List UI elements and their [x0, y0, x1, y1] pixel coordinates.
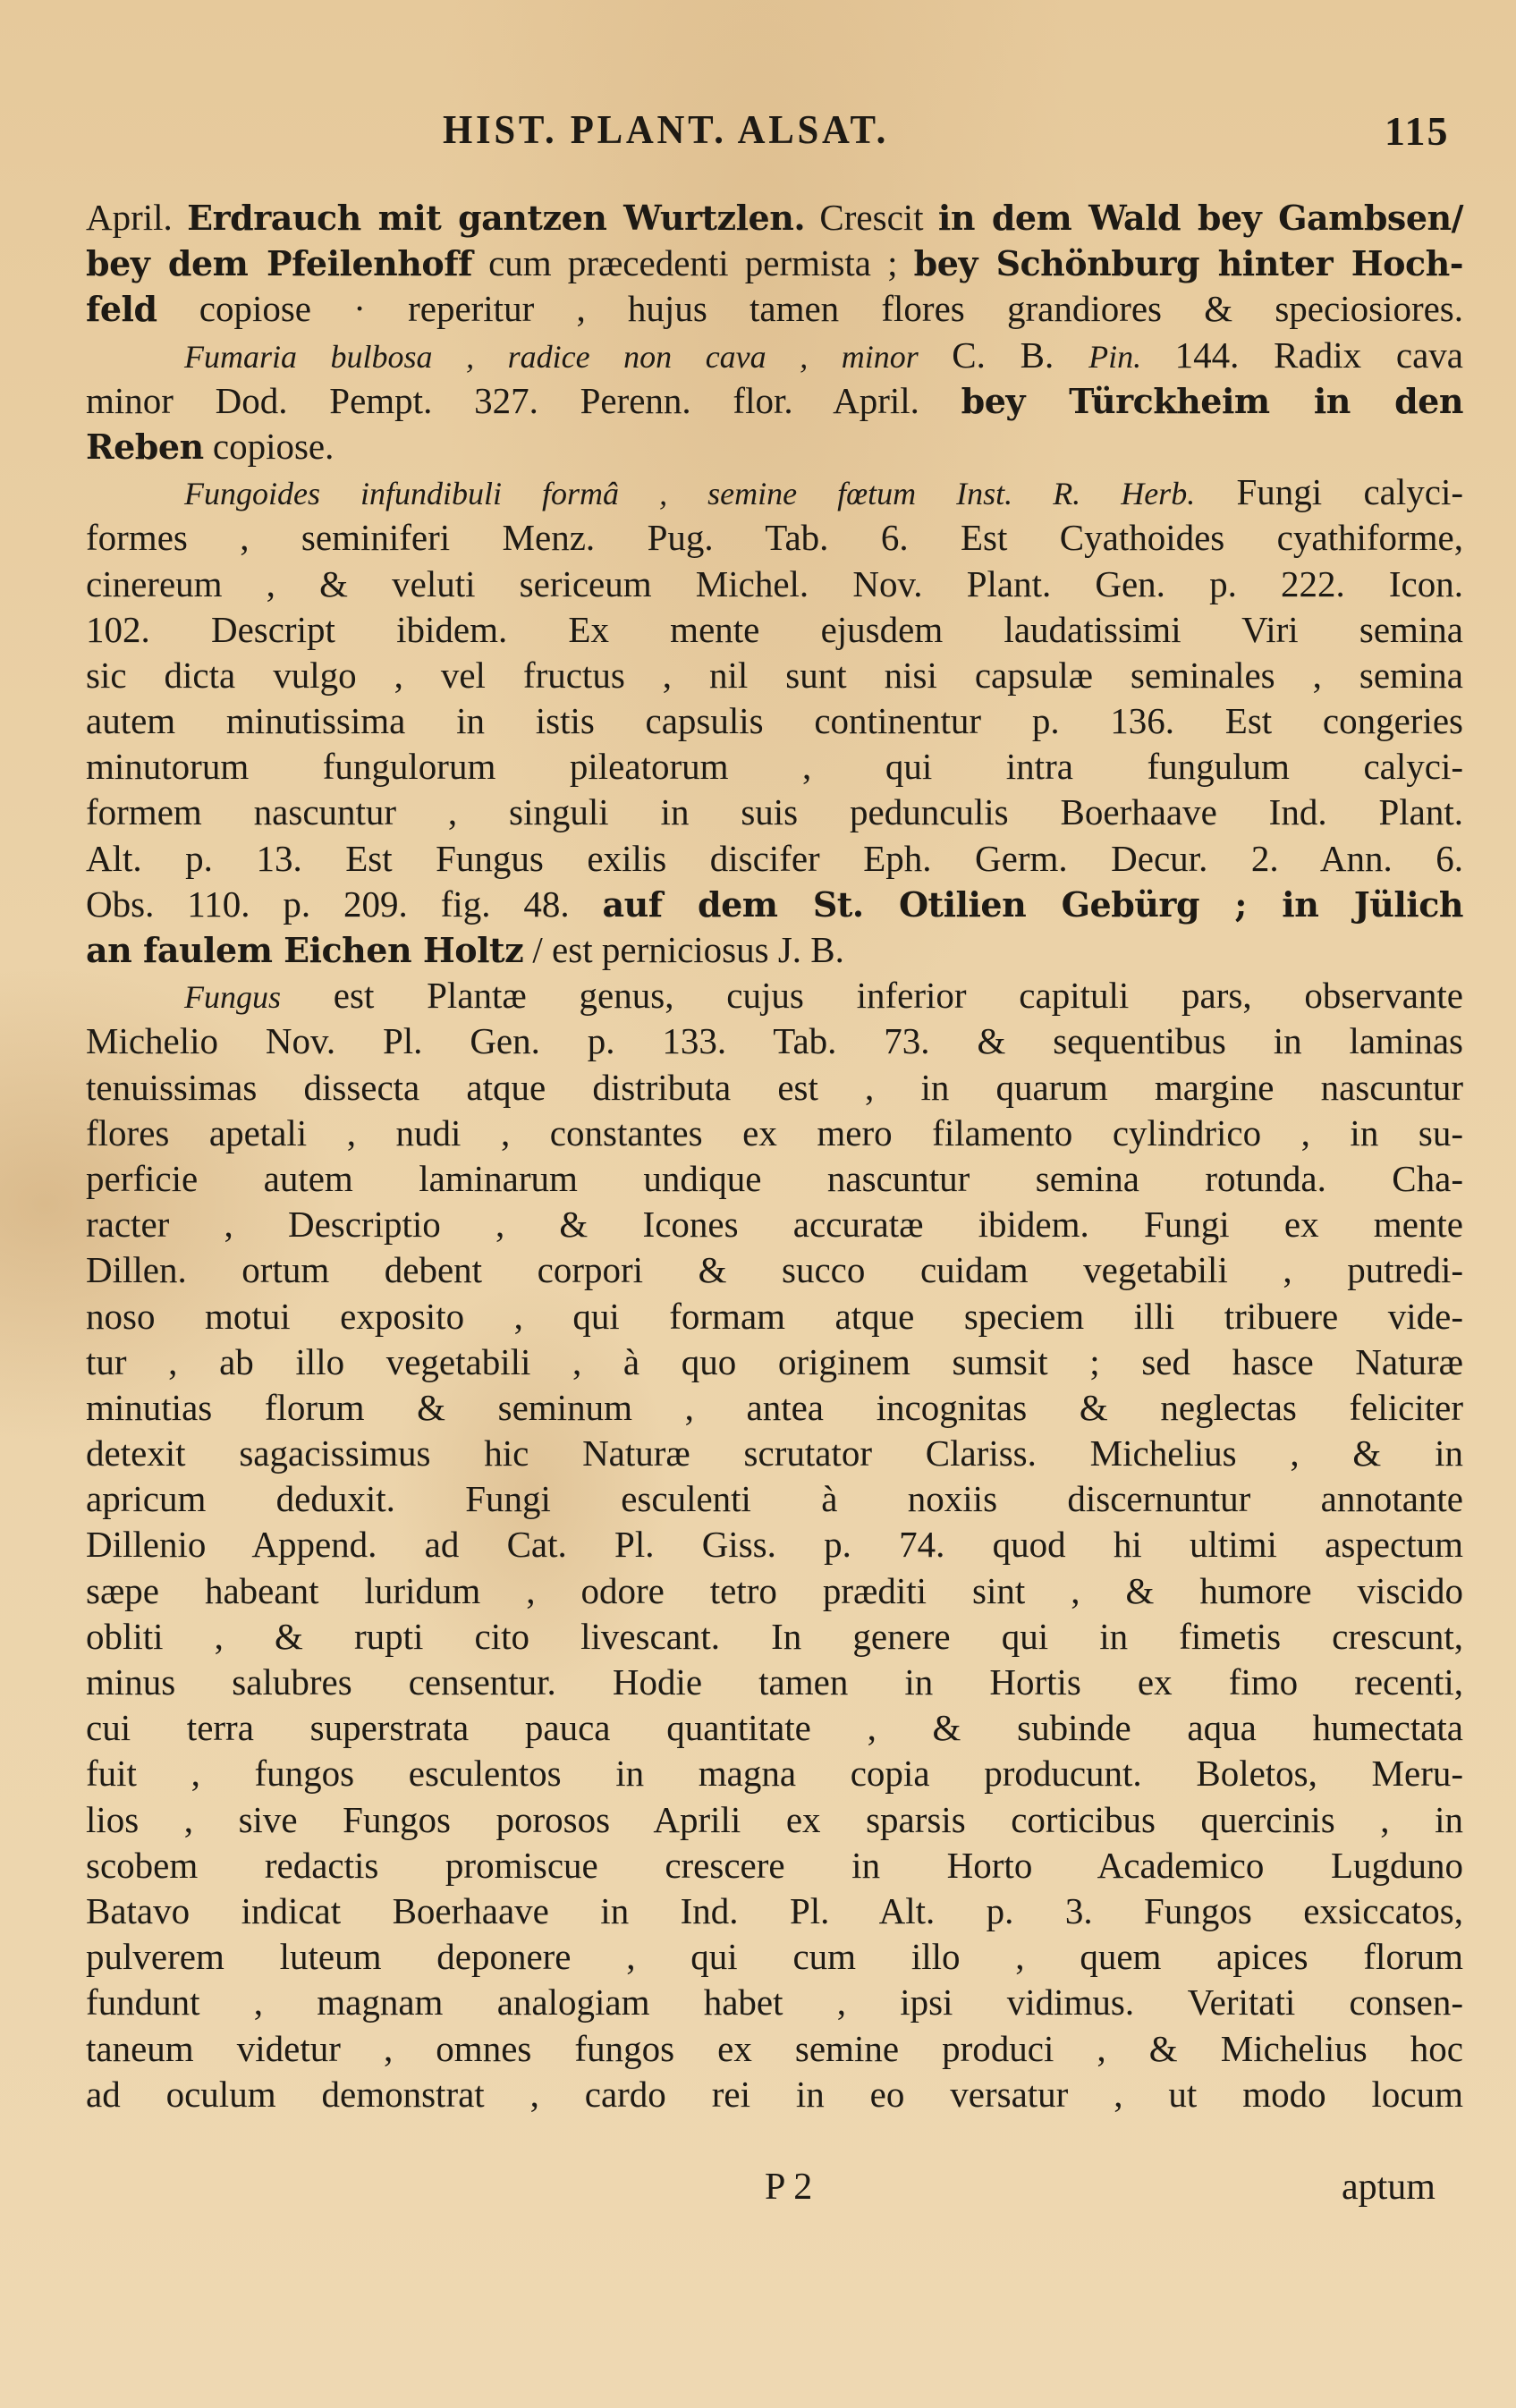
roman-latin-text: sæpe habeant luridum , odore tetro prædi…: [86, 1570, 1463, 1611]
text-line: Batavo indicat Boerhaave in Ind. Pl. Alt…: [86, 1888, 1463, 1934]
text-line: lios , sive Fungos porosos Aprili ex spa…: [86, 1797, 1463, 1843]
roman-latin-text: Dillen. ortum debent corpori & succo cui…: [86, 1249, 1463, 1290]
text-line: an faulem Eichen Holtz / est perniciosus…: [86, 927, 1463, 973]
text-line: 102. Descript ibidem. Ex mente ejusdem l…: [86, 607, 1463, 653]
running-head: HIST. PLANT. ALSAT.: [443, 106, 889, 153]
roman-latin-text: Crescit: [805, 197, 938, 238]
german-blackletter-text: bey dem Pfeilenhoff: [86, 243, 472, 283]
roman-latin-text: April.: [86, 197, 187, 238]
roman-latin-text: ad oculum demonstrat , cardo rei in eo v…: [86, 2074, 1463, 2115]
roman-latin-text: detexit sagacissimus hic Naturæ scrutato…: [86, 1432, 1463, 1474]
roman-latin-text: Alt. p. 13. Est Fungus exilis discifer E…: [86, 838, 1463, 879]
text-line: April. Erdrauch mit gantzen Wurtzlen. Cr…: [86, 195, 1463, 241]
text-line: autem minutissima in istis capsulis cont…: [86, 698, 1463, 744]
roman-latin-text: Dillenio Append. ad Cat. Pl. Giss. p. 74…: [86, 1524, 1463, 1565]
text-line: racter , Descriptio , & Icones accuratæ …: [86, 1202, 1463, 1247]
roman-latin-text: Michelio Nov. Pl. Gen. p. 133. Tab. 73. …: [86, 1020, 1463, 1061]
text-line: Fungus est Plantæ genus, cujus inferior …: [86, 973, 1463, 1018]
text-line: formes , seminiferi Menz. Pug. Tab. 6. E…: [86, 515, 1463, 561]
german-blackletter-text: bey Schönburg hinter Hoch-: [914, 243, 1463, 283]
text-line: minutorum fungulorum pileatorum , qui in…: [86, 744, 1463, 790]
roman-latin-text: apricum deduxit. Fungi esculenti à noxii…: [86, 1478, 1463, 1519]
german-blackletter-text: bey Türckheim in den: [961, 381, 1463, 421]
german-blackletter-text: auf dem St. Otilien Gebürg ; in Jülich: [603, 884, 1463, 925]
roman-latin-text: / est perniciosus J. B.: [523, 929, 844, 970]
text-line: fuit , fungos esculentos in magna copia …: [86, 1751, 1463, 1796]
catchword: aptum: [1342, 2166, 1436, 2209]
roman-latin-text: Obs. 110. p. 209. fig. 48.: [86, 883, 603, 925]
text-line: cinereum , & veluti sericeum Michel. Nov…: [86, 562, 1463, 607]
text-line: Alt. p. 13. Est Fungus exilis discifer E…: [86, 836, 1463, 882]
signature-mark: P 2: [765, 2166, 812, 2209]
text-line: minor Dod. Pempt. 327. Perenn. flor. Apr…: [86, 378, 1463, 424]
roman-latin-text: pulverem luteum deponere , qui cum illo …: [86, 1936, 1463, 1977]
text-line: apricum deduxit. Fungi esculenti à noxii…: [86, 1476, 1463, 1522]
page-footer: P 2 aptum: [0, 2166, 1516, 2219]
book-page: HIST. PLANT. ALSAT. 115 April. Erdrauch …: [0, 0, 1516, 2408]
text-line: pulverem luteum deponere , qui cum illo …: [86, 1934, 1463, 1980]
roman-latin-text: 102. Descript ibidem. Ex mente ejusdem l…: [86, 609, 1463, 650]
body-text: April. Erdrauch mit gantzen Wurtzlen. Cr…: [86, 195, 1463, 2117]
german-blackletter-text: an faulem Eichen Holtz: [86, 930, 523, 970]
german-blackletter-text: Erdrauch mit gantzen Wurtzlen.: [187, 198, 805, 238]
text-line: Reben copiose.: [86, 424, 1463, 469]
italic-latin-text: Pin.: [1088, 339, 1175, 375]
roman-latin-text: sic dicta vulgo , vel fructus , nil sunt…: [86, 655, 1463, 696]
text-line: perficie autem laminarum undique nascunt…: [86, 1156, 1463, 1202]
roman-latin-text: minor Dod. Pempt. 327. Perenn. flor. Apr…: [86, 380, 961, 421]
text-line: feld copiose · reperitur , hujus tamen f…: [86, 286, 1463, 332]
roman-latin-text: cinereum , & veluti sericeum Michel. Nov…: [86, 563, 1463, 604]
roman-latin-text: perficie autem laminarum undique nascunt…: [86, 1158, 1463, 1199]
roman-latin-text: autem minutissima in istis capsulis cont…: [86, 700, 1463, 741]
text-line: noso motui exposito , qui formam atque s…: [86, 1294, 1463, 1339]
roman-latin-text: minus salubres censentur. Hodie tamen in…: [86, 1661, 1463, 1702]
italic-latin-text: Fungus: [184, 979, 281, 1015]
text-line: Fungoides infundibuli formâ , semine fœt…: [86, 469, 1463, 515]
text-line: flores apetali , nudi , constantes ex me…: [86, 1111, 1463, 1156]
roman-latin-text: flores apetali , nudi , constantes ex me…: [86, 1112, 1463, 1153]
text-line: Fumaria bulbosa , radice non cava , mino…: [86, 333, 1463, 378]
text-line: ad oculum demonstrat , cardo rei in eo v…: [86, 2072, 1463, 2117]
text-line: minutias florum & seminum , antea incogn…: [86, 1385, 1463, 1431]
roman-latin-text: noso motui exposito , qui formam atque s…: [86, 1296, 1463, 1337]
italic-latin-text: Fumaria bulbosa , radice non cava , mino…: [184, 339, 952, 375]
text-line: sic dicta vulgo , vel fructus , nil sunt…: [86, 653, 1463, 698]
text-line: minus salubres censentur. Hodie tamen in…: [86, 1660, 1463, 1705]
roman-latin-text: fundunt , magnam analogiam habet , ipsi …: [86, 1981, 1463, 2023]
text-line: Dillenio Append. ad Cat. Pl. Giss. p. 74…: [86, 1522, 1463, 1567]
roman-latin-text: tur , ab illo vegetabili , à quo origine…: [86, 1341, 1463, 1382]
german-blackletter-text: in dem Wald bey Gambsen/: [938, 198, 1463, 238]
roman-latin-text: est Plantæ genus, cujus inferior capitul…: [281, 975, 1463, 1016]
page-header: HIST. PLANT. ALSAT. 115: [0, 106, 1516, 159]
roman-latin-text: scobem redactis promiscue crescere in Ho…: [86, 1845, 1463, 1886]
roman-latin-text: obliti , & rupti cito livescant. In gene…: [86, 1616, 1463, 1657]
roman-latin-text: copiose.: [204, 426, 335, 467]
text-line: bey dem Pfeilenhoff cum præcedenti permi…: [86, 241, 1463, 286]
roman-latin-text: 144. Radix cava: [1175, 334, 1463, 376]
text-line: tur , ab illo vegetabili , à quo origine…: [86, 1339, 1463, 1385]
german-blackletter-text: feld: [86, 289, 157, 329]
text-line: taneum videtur , omnes fungos ex semine …: [86, 2026, 1463, 2072]
text-line: Dillen. ortum debent corpori & succo cui…: [86, 1247, 1463, 1293]
text-line: detexit sagacissimus hic Naturæ scrutato…: [86, 1431, 1463, 1476]
roman-latin-text: minutorum fungulorum pileatorum , qui in…: [86, 746, 1463, 787]
text-line: Obs. 110. p. 209. fig. 48. auf dem St. O…: [86, 882, 1463, 927]
text-line: tenuissimas dissecta atque distributa es…: [86, 1065, 1463, 1111]
german-blackletter-text: Reben: [86, 427, 204, 467]
text-line: Michelio Nov. Pl. Gen. p. 133. Tab. 73. …: [86, 1018, 1463, 1064]
roman-latin-text: Batavo indicat Boerhaave in Ind. Pl. Alt…: [86, 1890, 1463, 1931]
page-number: 115: [1385, 107, 1449, 155]
roman-latin-text: lios , sive Fungos porosos Aprili ex spa…: [86, 1799, 1463, 1840]
roman-latin-text: copiose · reperitur , hujus tamen flores…: [157, 288, 1463, 329]
roman-latin-text: tenuissimas dissecta atque distributa es…: [86, 1067, 1463, 1108]
roman-latin-text: formem nascuntur , singuli in suis pedun…: [86, 791, 1463, 832]
roman-latin-text: taneum videtur , omnes fungos ex semine …: [86, 2028, 1463, 2069]
text-line: obliti , & rupti cito livescant. In gene…: [86, 1614, 1463, 1660]
roman-latin-text: racter , Descriptio , & Icones accuratæ …: [86, 1204, 1463, 1245]
roman-latin-text: formes , seminiferi Menz. Pug. Tab. 6. E…: [86, 517, 1463, 558]
roman-latin-text: fuit , fungos esculentos in magna copia …: [86, 1753, 1463, 1794]
text-line: scobem redactis promiscue crescere in Ho…: [86, 1843, 1463, 1888]
text-line: fundunt , magnam analogiam habet , ipsi …: [86, 1980, 1463, 2025]
text-line: formem nascuntur , singuli in suis pedun…: [86, 790, 1463, 835]
roman-latin-text: C. B.: [952, 334, 1088, 376]
roman-latin-text: Fungi calyci-: [1195, 471, 1463, 512]
italic-latin-text: Fungoides infundibuli formâ , semine fœt…: [184, 476, 1195, 511]
text-line: cui terra superstrata pauca quantitate ,…: [86, 1705, 1463, 1751]
roman-latin-text: cui terra superstrata pauca quantitate ,…: [86, 1707, 1463, 1748]
roman-latin-text: cum præcedenti permista ;: [472, 242, 914, 283]
roman-latin-text: minutias florum & seminum , antea incogn…: [86, 1387, 1463, 1428]
text-line: sæpe habeant luridum , odore tetro prædi…: [86, 1568, 1463, 1614]
